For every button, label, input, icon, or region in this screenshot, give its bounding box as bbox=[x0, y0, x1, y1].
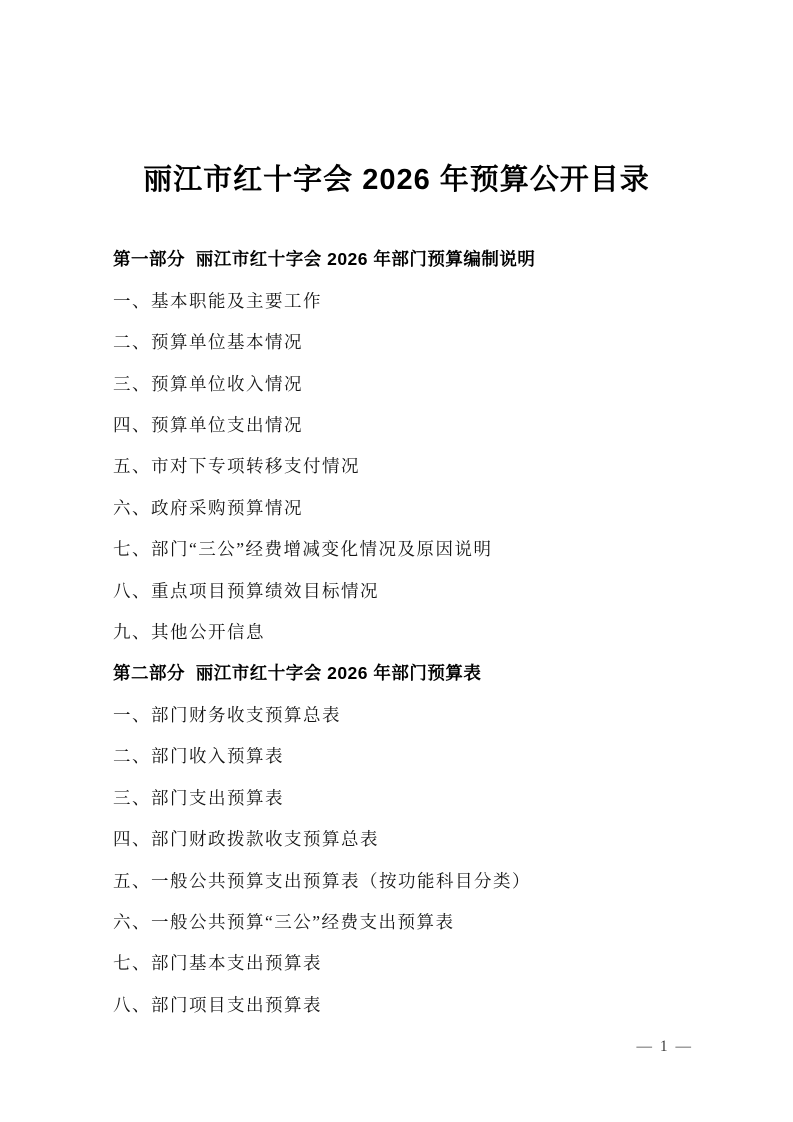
section-1-heading: 第一部分 丽江市红十字会 2026 年部门预算编制说明 bbox=[113, 239, 698, 280]
toc-item-2-3: 三、部门支出预算表 bbox=[113, 778, 698, 819]
toc-content: 第一部分 丽江市红十字会 2026 年部门预算编制说明 一、基本职能及主要工作 … bbox=[113, 239, 698, 1026]
toc-item-1-1: 一、基本职能及主要工作 bbox=[113, 281, 698, 322]
toc-item-2-5: 五、一般公共预算支出预算表（按功能科目分类） bbox=[113, 861, 698, 902]
toc-item-2-6: 六、一般公共预算“三公”经费支出预算表 bbox=[113, 902, 698, 943]
document-page: 丽江市红十字会 2026 年预算公开目录 第一部分 丽江市红十字会 2026 年… bbox=[0, 0, 793, 1122]
toc-item-2-4: 四、部门财政拨款收支预算总表 bbox=[113, 819, 698, 860]
toc-item-1-8: 八、重点项目预算绩效目标情况 bbox=[113, 571, 698, 612]
page-title: 丽江市红十字会 2026 年预算公开目录 bbox=[0, 19, 793, 201]
toc-item-1-5: 五、市对下专项转移支付情况 bbox=[113, 446, 698, 487]
section-2-heading: 第二部分 丽江市红十字会 2026 年部门预算表 bbox=[113, 653, 698, 694]
toc-item-2-1: 一、部门财务收支预算总表 bbox=[113, 695, 698, 736]
toc-item-2-2: 二、部门收入预算表 bbox=[113, 736, 698, 777]
toc-item-1-7: 七、部门“三公”经费增减变化情况及原因说明 bbox=[113, 529, 698, 570]
toc-item-2-7: 七、部门基本支出预算表 bbox=[113, 943, 698, 984]
toc-item-1-9: 九、其他公开信息 bbox=[113, 612, 698, 653]
section-part-2: 第二部分 丽江市红十字会 2026 年部门预算表 一、部门财务收支预算总表 二、… bbox=[113, 653, 698, 1026]
toc-item-1-2: 二、预算单位基本情况 bbox=[113, 322, 698, 363]
toc-item-2-8: 八、部门项目支出预算表 bbox=[113, 985, 698, 1026]
page-number: — 1 — bbox=[637, 1038, 694, 1056]
toc-item-1-6: 六、政府采购预算情况 bbox=[113, 488, 698, 529]
section-part-1: 第一部分 丽江市红十字会 2026 年部门预算编制说明 一、基本职能及主要工作 … bbox=[113, 239, 698, 653]
toc-item-1-3: 三、预算单位收入情况 bbox=[113, 364, 698, 405]
toc-item-1-4: 四、预算单位支出情况 bbox=[113, 405, 698, 446]
